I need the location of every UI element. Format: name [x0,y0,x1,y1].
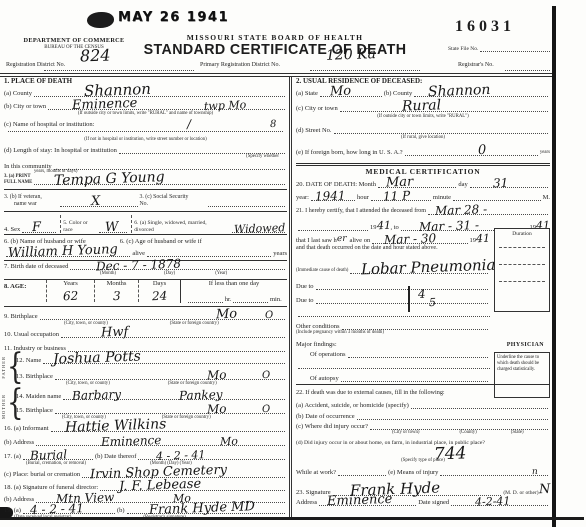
industry-row: 11. Industry or business [4,344,287,352]
marital-label2: divorced [134,227,230,233]
residence-county-label: (b) County [384,90,412,97]
certify-row1: 21. I hereby certify, that I attended th… [296,207,550,215]
department-line2: BUREAU OF THE CENSUS [8,45,140,50]
mother-birthplace-label: 15. Birthplace [16,407,53,414]
certifier-address-label: Address [296,499,317,506]
place-of-death-title: 1. PLACE OF DEATH [4,77,72,85]
cause-label: (Immediate cause of death) [296,268,348,274]
findings-row: Major findings: [296,341,490,348]
father-birthplace-notes: (City, town, or county) (State or foreig… [4,381,287,387]
year41a-handwriting: 41 [376,220,390,231]
father-birthplace-row: 13. Birthplace Mo O [4,372,287,380]
certifier-address-row: Address Eminence Date signed 4-2-41 [296,498,550,506]
operations-blank [348,350,488,358]
ssn-blank [208,199,286,207]
veteran-label1: 3. (b) If veteran, [4,194,58,201]
age-label: 8. AGE: [4,280,46,290]
death-month-handwriting: Mar [386,176,414,190]
informant-address-label: (b) Address [4,439,34,446]
other-conditions-note: (Include pregnancy within 3 months of de… [296,330,384,336]
burial-place-row: (c) Place: burial or cremation Irvin Sho… [4,470,287,478]
certify-row4: and that death occurred on the date and … [296,245,490,252]
external-title-row: 22. If death was due to external causes,… [296,389,550,396]
death-certificate-scan: MAY 26 1941 DEPARTMENT OF COMMERCE BUREA… [0,0,586,527]
hospital-blank-line [8,124,283,132]
residence-city-note-row: (If outside city or town limits, write "… [296,114,550,120]
received-date-stamp: MAY 26 1941 [118,10,229,25]
due-bracket-mark [408,286,410,312]
other-conditions-label: Other conditions [296,323,340,330]
certifier-sig-mark: N [538,483,550,496]
mother-name2-handwriting: Pankey [178,388,222,402]
due-mark2-handwriting: 5 [429,297,436,308]
to-label: , to [391,224,399,231]
primary-district-label: Primary Registration District No. [200,62,280,68]
death-date-row1: 20. DATE OF DEATH: Month Mar day 31 [296,180,550,188]
residence-street-row: (d) Street No. [296,126,550,134]
informant-label: 16. (a) Informant [4,425,49,432]
work-label: While at work? [296,469,336,476]
residence-street-label: (d) Street No. [296,127,332,134]
means-label: (e) Means of injury [388,469,438,476]
occupation-label: 10. Usual occupation [4,331,59,338]
duration-box: Duration [494,228,550,312]
registrar-notes-row: (Date received local registrar) (Registr… [4,515,287,521]
findings-label: Major findings: [296,341,337,348]
city-value-handwriting: Eminence [72,97,138,112]
informant-name-handwriting: Hattie Wilkins [64,417,166,435]
death-day-handwriting: 31 [493,177,509,190]
county-label: (a) County [4,90,32,97]
pre19a: 19 [370,224,377,231]
operations-label: Of operations [310,351,346,358]
external-c-label: (c) Where did injury occur? [296,423,368,430]
informant-address-row: (b) Address Eminence Mo [4,438,287,446]
residence-state-handwriting: Mo [330,85,352,99]
mother-name-handwriting: Barbary [72,388,121,402]
other-conditions-row: Other conditions [296,322,490,330]
residence-foreign-label: (e) If foreign born, how long in U. S. A… [296,149,403,156]
certifier-address-handwriting: Eminence [327,493,393,508]
mother-birthplace-value2: O [262,405,271,415]
cause-of-death-handwriting: Lobar Pneumonia [361,258,496,278]
spouse-value-row: William H Young alive years [4,249,287,257]
registrar-received-label: 19. (a) [4,507,21,514]
stay-label: (d) Length of stay: In hospital or insti… [4,147,117,154]
spouse-name-handwriting: William H Young [8,243,118,260]
mother-name-label: 14. Maiden name [16,393,61,400]
residence-foreign-row: (e) If foreign born, how long in U. S. A… [296,148,550,156]
residence-street-note: (If rural, give location) [401,135,445,141]
external-c-note1: (City or town) [392,430,419,436]
physician-label: PHYSICIAN [507,342,544,348]
external-b-row: (b) Date of occurrence [296,412,550,420]
residence-title: 2. USUAL RESIDENCE OF DECEASED: [296,77,422,85]
city-label: (b) City or town [4,103,46,110]
residence-state-label: (a) State [296,90,318,97]
burial-type-note: (Burial, cremation, or removal) [26,461,86,467]
age-min-label: min. [270,296,282,303]
stay-note-row: (Specify whether [4,154,287,160]
city-row: (b) City or town Eminence twp Mo [4,102,287,110]
date-signed-label: Date signed [418,499,449,506]
birth-note-day: (Day) [164,271,175,277]
department-line1: DEPARTMENT OF COMMERCE [8,37,140,44]
external-title: 22. If death was due to external causes,… [296,389,445,396]
burial-type-handwriting: Burial [30,448,68,461]
external-c-blank [370,422,548,430]
registrar-received-handwriting: 4 - 2 - 41 [30,502,84,516]
veteran-ssn-row: 3. (b) If veteran, name war X 3. (c) Soc… [4,194,287,207]
name-label2: FULL NAME [4,180,32,186]
father-bp-note2: (State or foreign country) [168,381,217,387]
occurred-line: and that death occurred on the date and … [296,245,438,252]
external-c-note2: (County) [459,430,476,436]
county-row: (a) County Shannon [4,89,287,97]
death-hour-handwriting: 11 P [383,190,411,203]
father-name-label: 12. Name [16,357,41,364]
autopsy-blank [341,374,488,382]
mother-birthplace-value: Mo [207,403,227,416]
external-a-blank [411,401,548,409]
alive-date-handwriting: Mar - 30 [383,232,436,246]
residence-city-note: (If outside city or town limits, write "… [377,114,469,120]
state-file-row: State File No. [448,44,552,52]
informant-row: 16. (a) Informant Hattie Wilkins [4,424,287,432]
full-name-row: 3. (a) PRINT FULL NAME Tempa G Young [4,174,287,185]
age-months-value: 3 [112,290,120,302]
residence-city-label: (c) City or town [296,105,338,112]
city-note-row: (If outside city or town limits, write "… [4,111,287,117]
residence-street-blank [334,126,548,134]
death-date-label: 20. DATE OF DEATH: Month [296,181,376,188]
external-work-row: While at work? (e) Means of injury n [296,468,550,476]
spouse-age-blank [147,249,271,257]
date-signed-handwriting: 4-2-41 [475,495,511,507]
burial-date-handwriting: 4 - 2 - 41 [156,449,206,462]
autopsy-label: Of autopsy [310,375,339,382]
city-note: (If outside city or town limits, write "… [78,111,213,117]
means-mark-handwriting: n [532,468,538,477]
external-d-note-row: (Specify type of place) [296,458,550,464]
operations-row: Of operations [296,350,490,358]
external-d-row: (d) Did injury occur in or about home, o… [296,440,550,447]
saw-label: that I last saw h [296,237,337,244]
certify-line1: 21. I hereby certify, that I attended th… [296,208,426,215]
burial-place-label: (c) Place: burial or cremation [4,471,80,478]
cause-row: (Immediate cause of death) Lobar Pneumon… [296,252,490,274]
state-file-label: State File No. [448,46,478,52]
name-label1: 3. (a) PRINT [4,174,32,180]
birth-note-year: (Year) [215,271,227,277]
primary-district-value: 120 Ka [326,47,376,63]
underline-note: Underline the cause to which death shoul… [497,355,539,372]
age-less-label: If less than one day [209,280,260,287]
age-years-label: Years [63,280,78,287]
column-divider [289,76,292,517]
ssn-label1: 3. (c) Social Security [140,194,206,201]
age-years-value: 62 [63,290,79,303]
veteran-label2: name war [4,201,58,208]
birth-note-month: (Month) [100,271,116,277]
stay-blank [119,146,285,154]
death-day-label: day [458,181,467,188]
residence-city-handwriting: Rural [402,98,442,113]
medical-certification-title: MEDICAL CERTIFICATION [366,168,481,177]
state-file-blank [480,44,550,52]
other-conditions-note-row: (Include pregnancy within 3 months of de… [296,330,490,336]
death-year-handwriting: 1941 [315,189,346,202]
hospital-note: (If not in hospital or institution, writ… [84,137,206,143]
due1-label: Due to [296,283,314,290]
age-hr-label: hr. [225,296,232,303]
death-m-label: M. [543,194,550,201]
due2-blank [316,296,488,304]
external-a-label: (a) Accident, suicide, or homicide (spec… [296,402,409,409]
spouse-age-label1: 6. (c) Age of husband or wife if [120,238,202,245]
hospital-note-row: (If not in hospital or institution, writ… [4,137,287,143]
stay-note: (Specify whether [246,154,279,160]
due2-row: Due to [296,296,490,304]
birthplace-value2-handwriting: O [265,311,274,321]
funeral-director-label: 18. (a) Signature of funeral director: [4,484,98,491]
burial-type-row: 17. (a) Burial (b) Date thereof 4 - 2 - … [4,452,287,460]
certify-row3: that I last saw h er alive on Mar - 30 1… [296,233,490,244]
father-name-row: 12. Name Joshua Potts [4,356,287,364]
due2-label: Due to [296,297,314,304]
age-days-value: 24 [152,290,168,303]
due1-blank [316,282,488,290]
external-c-row: (c) Where did injury occur? [296,422,550,430]
autopsy-row: Of autopsy [296,374,490,382]
external-b-label: (b) Date of occurrence [296,413,355,420]
registrar-sig-note: (Registrar's signature) [143,515,185,521]
external-a-row: (a) Accident, suicide, or homicide (spec… [296,401,550,409]
funeral-director-row: 18. (a) Signature of funeral director: J… [4,483,287,491]
year41c-handwriting: 41 [476,233,490,244]
alive-label: alive on [349,237,370,244]
right-column: 2. USUAL RESIDENCE OF DECEASED: (a) Stat… [296,76,550,517]
residence-street-note-row: (If rural, give location) [296,135,550,141]
sex-value-handwriting: F [32,221,41,234]
funeral-director-address-label: (b) Address [4,496,34,503]
informant-address-handwriting: Eminence [101,434,162,448]
external-c-notes-row: (City or town) (County) (State) [296,430,550,436]
reg-district-value: 824 [80,47,111,64]
birthplace-row: 9. Birthplace Mo O [4,312,287,320]
informant-address2-handwriting: Mo [220,436,238,448]
registrar-received-row: 19. (a) 4 - 2 - 41 (b) Frank Hyde MD [4,506,287,514]
death-minute-blank [453,193,541,201]
external-c-note3: (State) [511,430,524,436]
father-birthplace-label: 13. Birthplace [16,373,53,380]
age-days-label: Days [153,280,166,287]
left-column: 1. PLACE OF DEATH (a) County Shannon (b)… [4,76,287,517]
reg-district-label: Registration District No. [6,62,65,68]
race-label2: race [63,227,97,233]
veteran-value-handwriting: X [91,195,101,208]
occupation-row: 10. Usual occupation Hwf [4,330,287,338]
spouse-age-label2: alive [132,250,145,257]
saw-insert-handwriting: er [337,235,347,244]
certifier-sig-label: 23. Signature [296,489,331,496]
other-conditions-blank [342,322,488,330]
father-birthplace-value: Mo [207,369,227,382]
birthplace-label: 9. Birthplace [4,313,38,320]
death-minute-label: minute [433,194,451,201]
medical-title-row: MEDICAL CERTIFICATION [296,168,550,177]
due1-row: Due to [296,282,490,290]
death-year-label: year: [296,194,309,201]
age-months-label: Months [107,280,127,287]
spouse-age-note: years [273,250,287,257]
birthplace-note2: (State or foreign country) [170,321,219,327]
father-name-handwriting: Joshua Potts [53,349,141,366]
due-mark1-handwriting: 4 [418,288,426,300]
registrar-no-label: Registrar's No. [458,62,494,68]
registrar-received-note: (Date received local registrar) [14,515,71,521]
birthplace-value-handwriting: Mo [216,308,238,322]
race-value-handwriting: W [105,221,119,234]
father-birthplace-value2: O [262,371,271,381]
birthdate-notes-row: (Month) (Day) (Year) [4,271,287,277]
residence-state-county-row: (a) State Mo (b) County Shannon [296,89,550,97]
external-b-blank [357,412,548,420]
postmark-seal-icon [87,12,114,28]
occupation-value-handwriting: Hwf [101,326,129,340]
birthdate-label: 7. Birth date of deceased [4,263,68,270]
sex-race-marital-row: 4. Sex F 5. Color or race W 6. (a) Singl… [4,215,287,233]
decedent-name-handwriting: Tempa G Young [54,170,165,188]
birthdate-row: 7. Birth date of deceased Dec - 7 - 1878 [4,262,287,270]
death-hour-label: hour [357,194,369,201]
death-date-row2: year: 1941 hour 11 P minute M. [296,193,550,201]
sex-label: 4. Sex [4,226,20,233]
stay-row: (d) Length of stay: In hospital or insti… [4,146,287,154]
right-edge-bar [552,6,556,527]
mother-name-row: 14. Maiden name Barbary Pankey [4,392,287,400]
external-d-note: (Specify type of place) [401,458,445,464]
certificate-number: 16031 [455,18,515,36]
residence-foreign-handwriting: 0 [478,144,487,157]
attended-from-handwriting: Mar 28 - [435,203,488,217]
registrar-sig-label: (b) [117,507,125,514]
burial-date-label: (b) Date thereof [95,453,137,460]
work-blank [338,468,386,476]
burial-type-label: 17. (a) [4,453,21,460]
residence-city-row: (c) City or town Rural [296,104,550,112]
father-bp-note1: (City, town, or county) [66,381,110,387]
duration-label: Duration [495,229,549,237]
ssn-label2: No. [140,201,206,208]
marital-value-handwriting: Widowed [234,222,286,235]
mother-birthplace-row: 15. Birthplace Mo O [4,406,287,414]
mother-bp-note2: (State or foreign country) [162,415,211,421]
residence-foreign-note: years [540,150,550,156]
age-table: 8. AGE: Years 62 Months 3 Days 24 If les… [4,279,287,307]
birthplace-notes-row: (City, town, or county) (State or foreig… [4,321,287,327]
city-value2-handwriting: twp Mo [204,99,247,111]
